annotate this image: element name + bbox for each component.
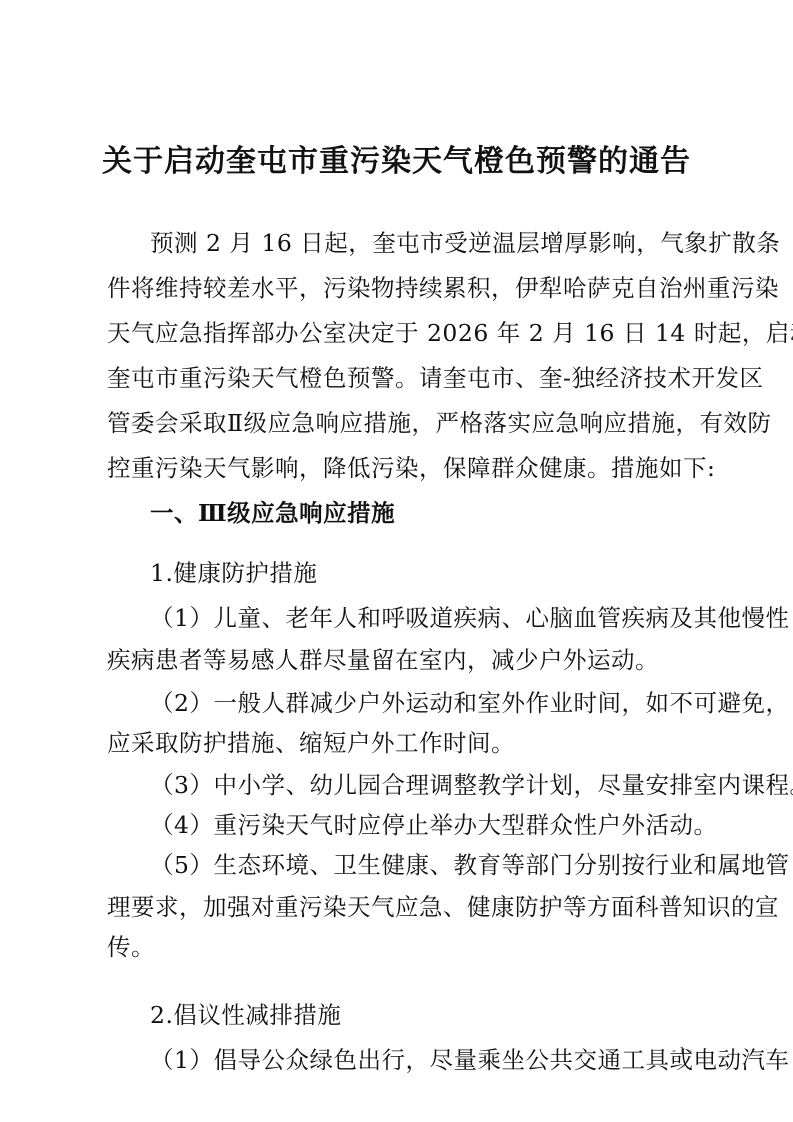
- list-item-line: 应采取防护措施、缩短户外工作时间。: [107, 728, 697, 758]
- list-item-line: 传。: [107, 932, 697, 962]
- list-item-line: （4）重污染天气时应停止举办大型群众性户外活动。: [150, 810, 740, 840]
- list-item-line: 疾病患者等易感人群尽量留在室内，减少户外运动。: [107, 645, 697, 675]
- page-number: - 1 -: [672, 1043, 692, 1058]
- list-item-line: 理要求，加强对重污染天气应急、健康防护等方面科普知识的宣: [107, 892, 697, 922]
- document-title: 关于启动奎屯市重污染天气橙色预警的通告: [0, 140, 793, 184]
- paragraph-line: 管委会采取Ⅱ级应急响应措施，严格落实应急响应措施，有效防: [107, 408, 697, 438]
- list-item-line: （3）中小学、幼儿园合理调整教学计划，尽量安排室内课程。: [150, 770, 740, 800]
- paragraph-line: 预测 2 月 16 日起，奎屯市受逆温层增厚影响，气象扩散条: [150, 228, 740, 258]
- list-item-line: （5）生态环境、卫生健康、教育等部门分别按行业和属地管: [150, 850, 740, 880]
- subsection-heading: 2.倡议性减排措施: [150, 1000, 740, 1030]
- paragraph-line: 天气应急指挥部办公室决定于 2026 年 2 月 16 日 14 时起，启动: [107, 318, 697, 348]
- list-item-line: （1）倡导公众绿色出行，尽量乘坐公共交通工具或电动汽车: [150, 1045, 740, 1075]
- paragraph-line: 件将维持较差水平，污染物持续累积，伊犁哈萨克自治州重污染: [107, 273, 697, 303]
- subsection-heading: 1.健康防护措施: [150, 558, 740, 588]
- list-item-line: （2）一般人群减少户外运动和室外作业时间，如不可避免，: [150, 688, 740, 718]
- section-heading: 一、Ⅲ级应急响应措施: [150, 498, 740, 528]
- list-item-line: （1）儿童、老年人和呼吸道疾病、心脑血管疾病及其他慢性: [150, 603, 740, 633]
- paragraph-line: 控重污染天气影响，降低污染，保障群众健康。措施如下:: [107, 453, 697, 483]
- paragraph-line: 奎屯市重污染天气橙色预警。请奎屯市、奎-独经济技术开发区: [107, 363, 697, 393]
